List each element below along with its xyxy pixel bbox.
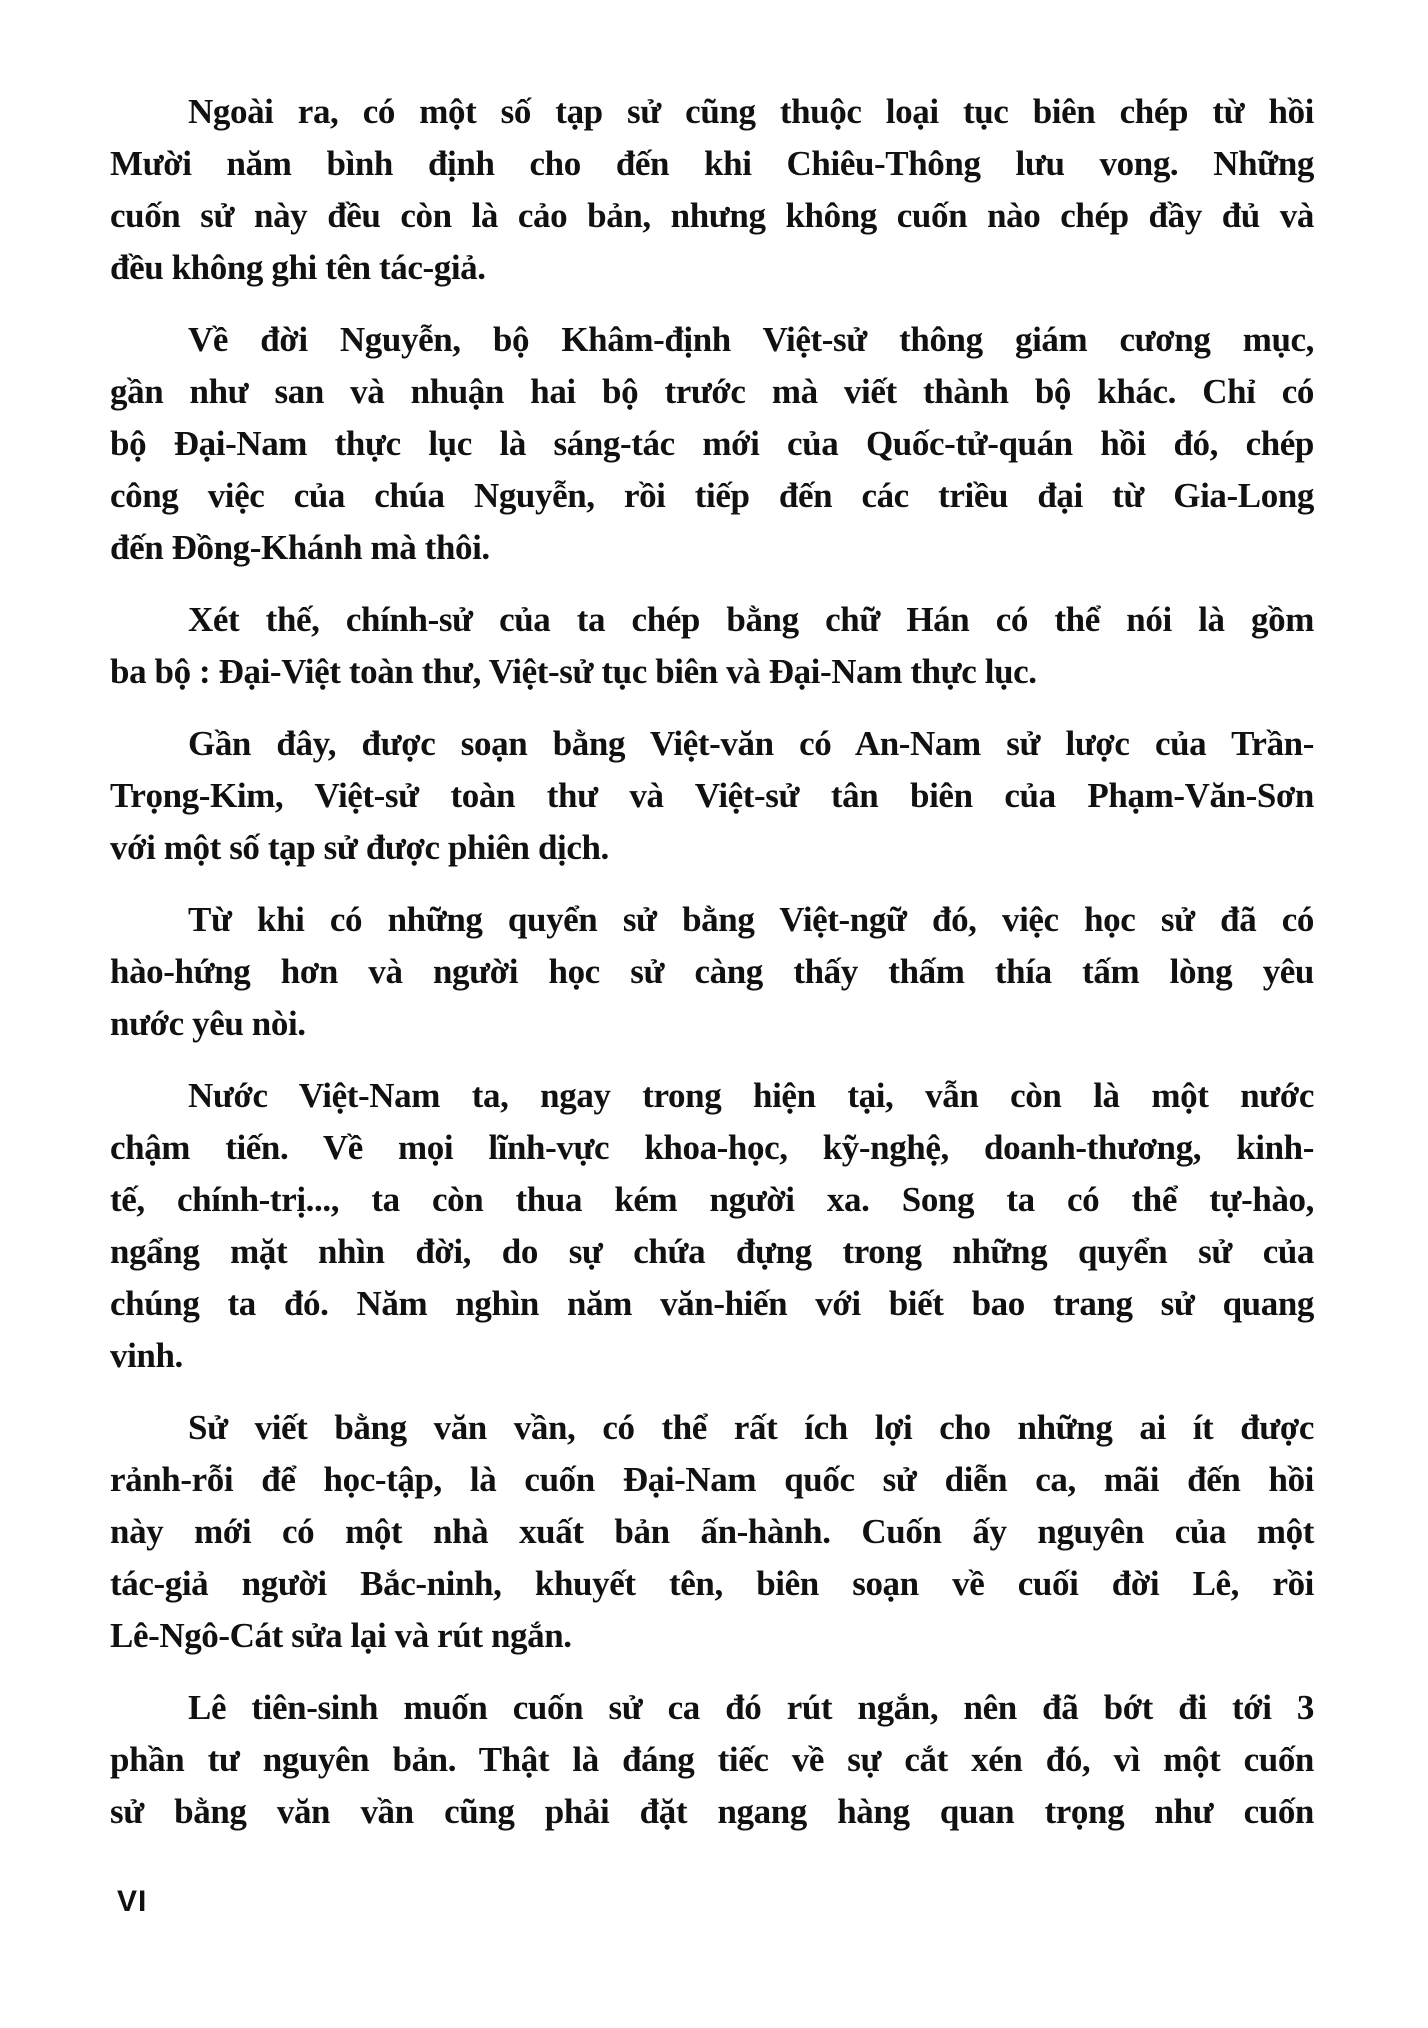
text-line: tác-giả người Bắc-ninh, khuyết tên, biên…	[110, 1558, 1314, 1610]
text-line: tế, chính-trị..., ta còn thua kém người …	[110, 1174, 1314, 1226]
text-line: chúng ta đó. Năm nghìn năm văn-hiến với …	[110, 1278, 1314, 1330]
text-line: đến Đồng-Khánh mà thôi.	[110, 522, 1314, 574]
text-line: Về đời Nguyễn, bộ Khâm-định Việt-sử thôn…	[110, 314, 1314, 366]
text-line: Gần đây, được soạn bằng Việt-văn có An-N…	[110, 718, 1314, 770]
text-line: công việc của chúa Nguyễn, rồi tiếp đến …	[110, 470, 1314, 522]
text-line: Xét thế, chính-sử của ta chép bằng chữ H…	[110, 594, 1314, 646]
text-line: hào-hứng hơn và người học sử càng thấy t…	[110, 946, 1314, 998]
text-line: bộ Đại-Nam thực lục là sáng-tác mới của …	[110, 418, 1314, 470]
text-line: Ngoài ra, có một số tạp sử cũng thuộc lo…	[110, 86, 1314, 138]
text-line: Nước Việt-Nam ta, ngay trong hiện tại, v…	[110, 1070, 1314, 1122]
text-line: rảnh-rỗi để học-tập, là cuốn Đại-Nam quố…	[110, 1454, 1314, 1506]
text-line: đều không ghi tên tác-giả.	[110, 242, 1314, 294]
document-page: Ngoài ra, có một số tạp sử cũng thuộc lo…	[0, 0, 1428, 2028]
text-line: gần như san và nhuận hai bộ trước mà viế…	[110, 366, 1314, 418]
paragraph-3: Xét thế, chính-sử của ta chép bằng chữ H…	[110, 594, 1314, 698]
text-line: cuốn sử này đều còn là cảo bản, nhưng kh…	[110, 190, 1314, 242]
text-line: ba bộ : Đại-Việt toàn thư, Việt-sử tục b…	[110, 646, 1314, 698]
paragraph-2: Về đời Nguyễn, bộ Khâm-định Việt-sử thôn…	[110, 314, 1314, 574]
text-line: phần tư nguyên bản. Thật là đáng tiếc về…	[110, 1734, 1314, 1786]
paragraph-8: Lê tiên-sinh muốn cuốn sử ca đó rút ngắn…	[110, 1682, 1314, 1838]
paragraph-5: Từ khi có những quyển sử bằng Việt-ngữ đ…	[110, 894, 1314, 1050]
text-line: ngẩng mặt nhìn đời, do sự chứa đựng tron…	[110, 1226, 1314, 1278]
text-line: Trọng-Kim, Việt-sử toàn thư và Việt-sử t…	[110, 770, 1314, 822]
text-line: chậm tiến. Về mọi lĩnh-vực khoa-học, kỹ-…	[110, 1122, 1314, 1174]
text-line: Sử viết bằng văn vần, có thể rất ích lợi…	[110, 1402, 1314, 1454]
page-number: VI	[117, 1885, 147, 1919]
text-line: nước yêu nòi.	[110, 998, 1314, 1050]
text-line: Từ khi có những quyển sử bằng Việt-ngữ đ…	[110, 894, 1314, 946]
text-line: Lê-Ngô-Cát sửa lại và rút ngắn.	[110, 1610, 1314, 1662]
paragraph-4: Gần đây, được soạn bằng Việt-văn có An-N…	[110, 718, 1314, 874]
text-line: Mười năm bình định cho đến khi Chiêu-Thô…	[110, 138, 1314, 190]
body-text: Ngoài ra, có một số tạp sử cũng thuộc lo…	[110, 86, 1314, 1858]
paragraph-7: Sử viết bằng văn vần, có thể rất ích lợi…	[110, 1402, 1314, 1662]
text-line: vinh.	[110, 1330, 1314, 1382]
text-line: với một số tạp sử được phiên dịch.	[110, 822, 1314, 874]
text-line: Lê tiên-sinh muốn cuốn sử ca đó rút ngắn…	[110, 1682, 1314, 1734]
text-line: sử bằng văn vần cũng phải đặt ngang hàng…	[110, 1786, 1314, 1838]
text-line: này mới có một nhà xuất bản ấn-hành. Cuố…	[110, 1506, 1314, 1558]
paragraph-6: Nước Việt-Nam ta, ngay trong hiện tại, v…	[110, 1070, 1314, 1382]
paragraph-1: Ngoài ra, có một số tạp sử cũng thuộc lo…	[110, 86, 1314, 294]
